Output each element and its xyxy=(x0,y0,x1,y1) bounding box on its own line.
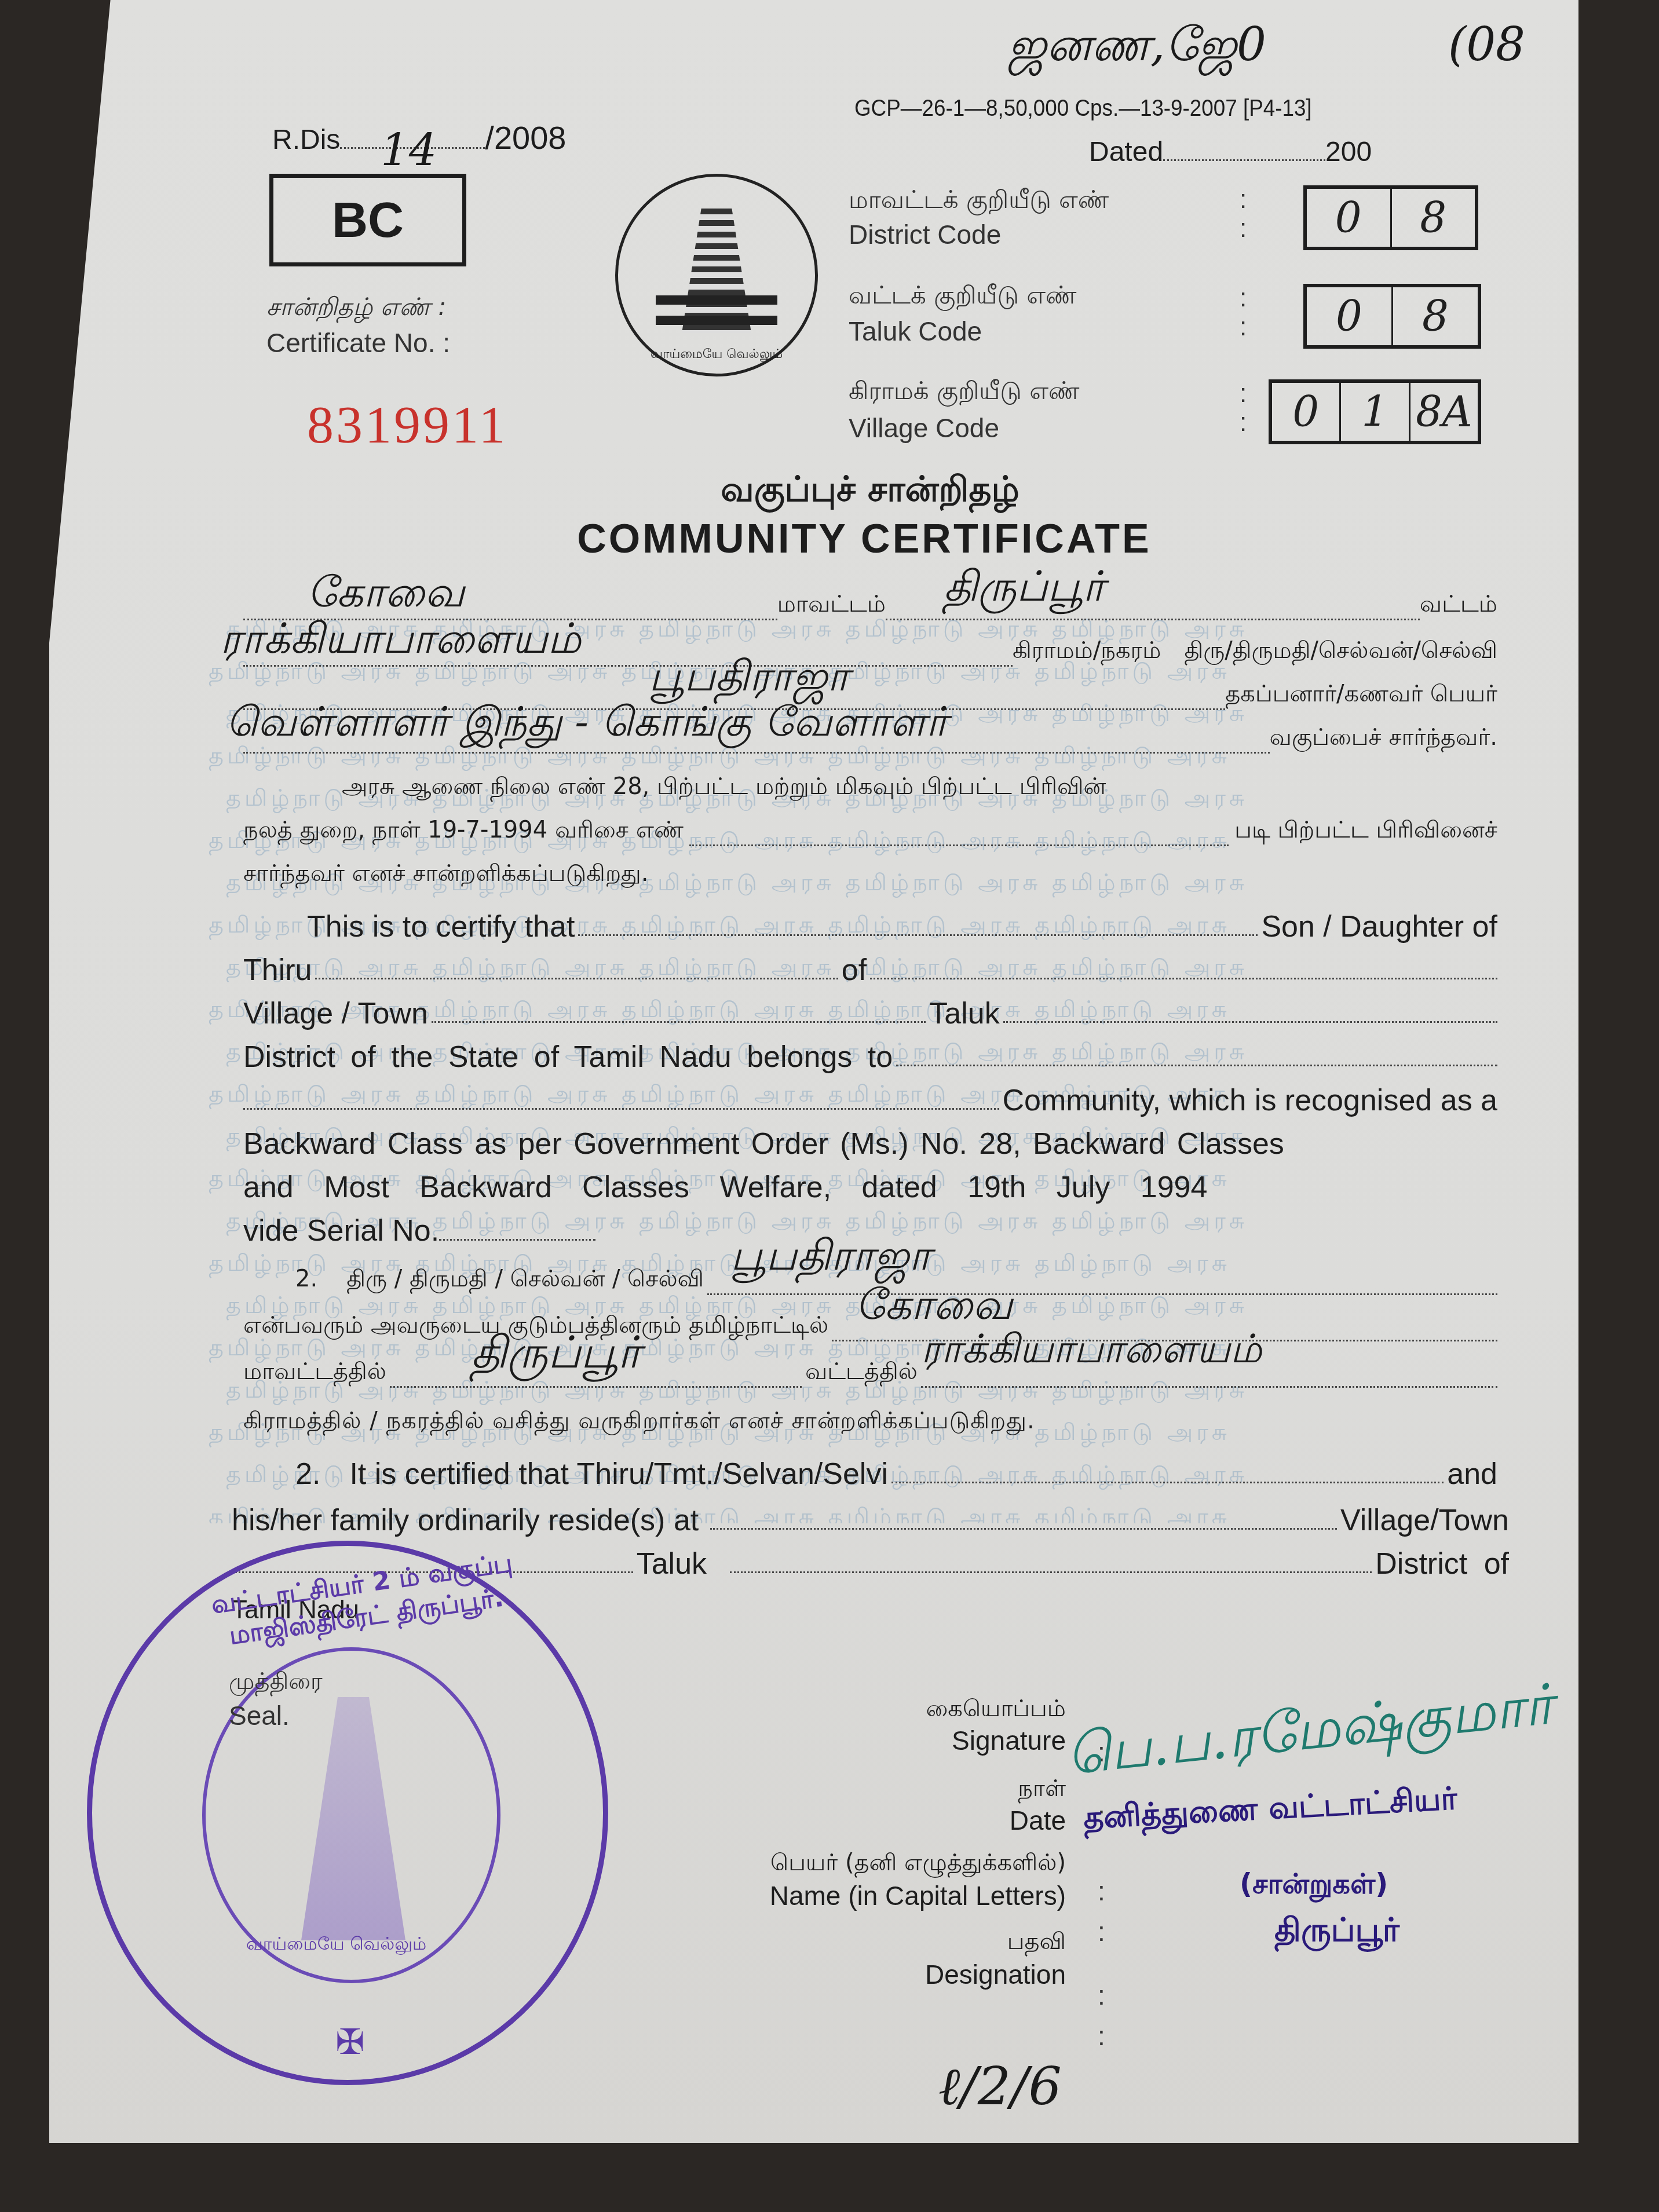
en1-line5: Community, which is recognised as a xyxy=(243,1083,1497,1118)
initial-signature: ℓ/2/6 xyxy=(938,2056,1062,2117)
taluk-code-label-en: Taluk Code xyxy=(849,316,982,347)
officer-stamp-place: திருப்பூர் xyxy=(1274,1911,1399,1953)
en1-line6: Backward Class as per Government Order (… xyxy=(243,1127,1497,1161)
temple-tower-icon xyxy=(682,209,751,333)
ta2-line4: கிராமத்தில் / நகரத்தில் வசித்து வருகிறார… xyxy=(243,1407,1497,1437)
taluk-code-label-ta: வட்டக் குறியீடு எண் xyxy=(849,281,1077,313)
ta1-community-value: வெள்ளாளர் இந்து - கொங்கு வேளாளர் xyxy=(226,698,948,751)
en2-line2: his/her family ordinarily reside(s) at V… xyxy=(232,1503,1509,1538)
taluk-code-box: 0 8 xyxy=(1303,284,1481,349)
ta1-line5: அரசு ஆணை நிலை எண் 28, பிற்பட்ட மற்றும் ம… xyxy=(243,773,1497,803)
village-code-box: 0 1 8A xyxy=(1269,379,1481,444)
ta2-village-value: ராக்கியாபாளையம் xyxy=(921,1326,1262,1377)
dated-suffix: 200 xyxy=(1325,137,1372,167)
seal-label-ta: முத்திரை xyxy=(229,1668,323,1698)
certificate-number: 8319911 xyxy=(307,394,508,455)
ta1-father-label: தகப்பனார்/கணவர் பெயர் xyxy=(1225,681,1497,710)
tamil-nadu-emblem-icon: வாய்மையே வெல்லும் xyxy=(615,174,818,376)
certificate-no-label-ta: சான்றிதழ் எண் : xyxy=(266,293,446,324)
rdis-value: 14 xyxy=(381,124,437,176)
en1-line7: and Most Backward Classes Welfare, dated… xyxy=(243,1170,1497,1205)
ta1-honorifics: திரு/திருமதி/செல்வன்/செல்வி xyxy=(1184,637,1497,667)
district-code-label-ta: மாவட்டக் குறியீடு எண் xyxy=(849,185,1109,217)
district-code-label-en: District Code xyxy=(849,219,1001,250)
ta1-line7: சார்ந்தவர் எனச் சான்றளிக்கப்படுகிறது. xyxy=(243,860,1497,890)
emblem-motto: வாய்மையே வெல்லும் xyxy=(618,347,815,363)
en1-line4: District of the State of Tamil Nadu belo… xyxy=(243,1040,1497,1074)
ta1-village-label: கிராமம்/நகரம் xyxy=(1013,637,1161,667)
en1-line1: This is to certify that Son / Daughter o… xyxy=(243,909,1497,944)
ta2-line2: என்பவரும் அவருடைய குடும்பத்தினரும் தமிழ்… xyxy=(243,1312,1497,1341)
seal-label-en: Seal. xyxy=(229,1700,290,1731)
en1-line3: Village / Town Taluk xyxy=(243,996,1497,1031)
ta2-taluk-value: திருப்பூர் xyxy=(471,1326,641,1384)
handwritten-file-ref: ஜனண,ஜே0 xyxy=(1008,17,1266,78)
gcp-print-line: GCP—26-1—8,50,000 Cps.—13-9-2007 [P4-13] xyxy=(854,96,1312,122)
rdis-field: R.Dis14/2008 xyxy=(272,119,566,156)
title-english: COMMUNITY CERTIFICATE xyxy=(0,515,1659,562)
category-box: BC xyxy=(269,174,466,266)
village-code-label-ta: கிராமக் குறியீடு எண் xyxy=(849,376,1079,408)
ta1-taluk-label: வட்டம் xyxy=(1420,591,1497,620)
ta1-village-line: ராக்கியாபாளையம் கிராமம்/நகரம் திரு/திரும… xyxy=(243,637,1497,667)
ta1-taluk-value: திருப்பூர் xyxy=(944,562,1105,616)
district-code-box: 0 8 xyxy=(1303,185,1478,250)
category-code: BC xyxy=(332,192,404,249)
ta2-name-value: பூபதிராஜா xyxy=(730,1231,931,1285)
ta1-line6: நலத் துறை, நாள் 19-7-1994 வரிசை எண் படி … xyxy=(243,817,1497,846)
ta1-community-line: வெள்ளாளர் இந்து - கொங்கு வேளாளர் வகுப்பை… xyxy=(243,724,1497,754)
en2-line1: 2. It is certified that Thiru/Tmt./Selva… xyxy=(243,1457,1497,1491)
handwritten-year: (08 xyxy=(1448,17,1525,71)
official-seal-stamp: வாய்மையே வெல்லும் வட்டாட்சியர் 2 ம் வகுப… xyxy=(87,1541,608,2085)
certificate-no-label-en: Certificate No. : xyxy=(266,327,450,359)
village-code-label-en: Village Code xyxy=(849,412,999,444)
ta1-district-label: மாவட்டம் xyxy=(777,591,886,620)
dated-label: Dated xyxy=(1089,137,1163,167)
officer-stamp-dept: (சான்றுகள்) xyxy=(1240,1868,1388,1904)
dated-field: Dated200 xyxy=(1089,136,1372,168)
rdis-label: R.Dis xyxy=(272,125,340,155)
rdis-year: /2008 xyxy=(485,119,566,156)
seal-temple-icon xyxy=(301,1697,405,1940)
ta1-village-value: ராக்கியாபாளையம் xyxy=(220,614,581,668)
signature-labels: கையொப்பம் Signature நாள் Date பெயர் (தனி… xyxy=(579,1697,1066,1988)
title-tamil: வகுப்புச் சான்றிதழ் xyxy=(0,469,1659,514)
ta1-community-label: வகுப்பைச் சார்ந்தவர். xyxy=(1270,724,1497,754)
seal-cross-icon: ✠ xyxy=(335,2022,364,2063)
ta2-line3: மாவட்டத்தில் திருப்பூர் வட்டத்தில் ராக்க… xyxy=(243,1358,1497,1388)
en1-line2: Thiru of xyxy=(243,953,1497,988)
